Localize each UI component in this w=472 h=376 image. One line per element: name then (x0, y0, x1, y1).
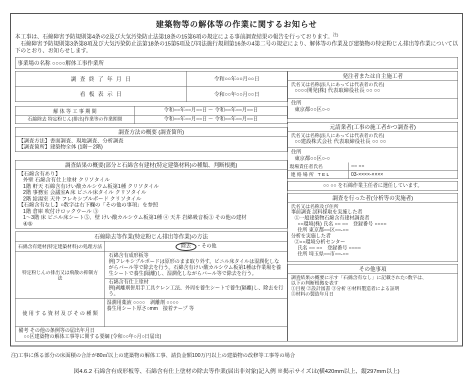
suppression-label: 特定粉じんの排出又は飛散の抑制方法 (16, 252, 106, 299)
contractor-name-section: 氏名又は名称(法人にあっては代表者の氏名) ○○建設株式会社 代表取締役社長 ○… (288, 132, 458, 148)
intro-line2: 石綿障害予防規則第3条第8項及び大気汚染防止法第18条の15第5項及び同法施行規… (15, 40, 458, 54)
survey-end-value: 令和○○年○○月○○日 (187, 71, 287, 86)
intro-paragraph: 本工事は、石綿障害予防規則第4条の2及び大気汚染防止法第18条の15第6項の規定… (15, 32, 458, 55)
surveyor-header: 調査を行った者(分析等の実施者) (288, 194, 458, 204)
survey-end-label: 調査終了年月日 (16, 71, 187, 86)
form-columns: 調査終了年月日 令和○○年○○月○○日 看板表示日 令和○○年○○月○○日 解体… (15, 71, 458, 342)
asbestos-period-label: 石綿除去 特定粉じん(排出)作業等の作業期間 (16, 115, 135, 123)
sign-date-value: 令和○○年○○月○○日 (187, 87, 287, 102)
process-method-row: 石綿含有建材(特定建築材料)の処理方法 除去 ・ その他 (16, 242, 287, 252)
contact-tel-label: 連絡場所 TEL (288, 171, 349, 179)
sheet: 建築物等の解体等の作業に関するお知らせ 本工事は、石綿障害予防規則第4条の2及び… (0, 0, 472, 375)
orderer-header: 発注者または自主施工者 (288, 71, 458, 81)
spacer (289, 258, 456, 261)
other-items-header: その他事項 (288, 265, 458, 275)
materials-value: 湿潤用薬液 ○○○○ 剥離剤 ○○○○ 養生用シート厚さ○mm 接着テープ 等 (105, 299, 287, 327)
note-reference: 注) (333, 33, 338, 38)
other-items-body: 調査結果の概要に示す「石綿含有なし」に記載された○数字は、 以下の判断根拠を表す… (288, 274, 458, 298)
right-column: 発注者または自主施工者 氏名又は名称(法人にあっては代表者の氏名) ○○○○開発… (287, 71, 458, 342)
site-manager-row: 現場責任者氏名 ○○ ○○ (288, 163, 458, 171)
remarks-line2: ○○区建築物の解体工事等に関する要綱 (令和○○年○月○日届出) (17, 334, 285, 340)
orderer-addr: 東京都○○区○-○ (289, 106, 456, 112)
other-items-line: ⑤材料の製造年月日 (289, 292, 456, 298)
intro-line1: 本工事は、石綿障害予防規則第4条の2及び大気汚染防止法第18条の15第6項の規定… (15, 32, 458, 41)
site-name-label: 事業場の名称 (18, 60, 51, 66)
removal-option-circled: 除去 (176, 242, 197, 251)
survey-end-row: 調査終了年月日 令和○○年○○月○○日 (16, 71, 287, 86)
site-name-value: ○○○○解体工事作業所 (52, 60, 104, 66)
spacer (289, 145, 456, 147)
demolition-period-row: 解体等工事期間 令和○○年○○月○○日 ～ 令和○○年○○月○○日 (16, 106, 287, 115)
sign-date-row: 看板表示日 令和○○年○○月○○日 (16, 86, 287, 101)
left-column: 調査終了年月日 令和○○年○○月○○日 看板表示日 令和○○年○○月○○日 解体… (15, 71, 287, 342)
survey-spot-line: 【調査箇所】建築物全体 (1階〜2階) (17, 144, 285, 150)
site-manager-label: 現場責任者氏名 (288, 163, 349, 171)
suppression-block2-text: 例)剥離剤併用手工具ケレン工法、外周を養生シートで養生(隔離)し、除去を行う。 (107, 286, 285, 298)
contact-tel-value: 03-××××-×××× (349, 171, 458, 179)
result-line: 1〜3階 床 ビニル床シート⑤、壁 けい酸カルシウム板第1種 ④ 天井 岩綿吸音… (17, 215, 285, 221)
removal-method-header: 石綿除去等作業(特定粉じん排出等作業)の方法 (16, 232, 287, 242)
process-method-label: 石綿含有建材(特定建築材料)の処理方法 (16, 242, 106, 252)
survey-method-body: 【調査方法】書面調査、現地調査、分析調査 【調査箇所】建築物全体 (1階〜2階) (16, 137, 287, 152)
suppression-block-molded: 石綿含有成形板等 例)フレキシブルボードは原形のまま取り外す。ビニル床タイルは湿… (105, 252, 287, 278)
asbestos-period-row: 石綿除去 特定粉じん(排出)作業等の作業期間 令和○○年○○月○○日 ～ 令和○… (16, 115, 287, 124)
demolition-period-label: 解体等工事期間 (16, 106, 135, 115)
surveyor-body: 氏名又は名称及び住所 事前調査 試料採取を実施した者 ①一般建築物石綿含有建材調… (288, 203, 458, 262)
materials-line2: 養生用シート厚さ○mm 接着テープ 等 (105, 306, 287, 312)
footnote: 注)工事に係る部分の床面積の合計が80㎡以上の建築物の解体工事、請負金額100万… (11, 352, 463, 360)
chief-row: ○○ ○○ を石綿作業主任者に選任しています。 (287, 181, 458, 191)
demolition-period-value: 令和○○年○○月○○日 ～ 令和○○年○○月○○日 (135, 106, 287, 115)
other-items-box: その他事項 調査結果の概要に示す「石綿含有なし」に記載された○数字は、 以下の判… (287, 264, 458, 342)
orderer-name-section: 氏名又は名称(法人にあっては代表者の氏名) ○○○○開発(株) 代表取締役社長 … (288, 81, 458, 99)
notice-form: 建築物等の解体等の作業に関するお知らせ 本工事は、石綿障害予防規則第4条の2及び… (10, 13, 463, 347)
work-period-table: 解体等工事期間 令和○○年○○月○○日 ～ 令和○○年○○月○○日 石綿除去 特… (15, 106, 287, 124)
survey-result-box: 調査結果の概要(部分と石綿含有建材(特定建築材料)の種類、判断根拠) 【石綿含有… (15, 160, 287, 229)
contractor-header: 元請業者(工事の施工者かつ調査者) (288, 122, 458, 132)
contact-tel-row: 連絡場所 TEL 03-××××-×××× (288, 171, 458, 179)
survey-method-box: 調査方法の概要 (調査箇所) 【調査方法】書面調査、現地調査、分析調査 【調査箇… (15, 127, 287, 152)
surveyor-box: 調査を行った者(分析等の実施者) 氏名又は名称及び住所 事前調査 試料採取を実施… (287, 193, 458, 262)
site-name-row: 事業場の名称 ○○○○解体工事作業所 (15, 57, 458, 69)
site-manager-value: ○○ ○○ (349, 163, 458, 171)
survey-dates-table: 調査終了年月日 令和○○年○○月○○日 看板表示日 令和○○年○○月○○日 (15, 71, 287, 102)
process-method-value: 除去 ・ その他 (105, 242, 287, 252)
materials-row: 使用する資材及びその種類 湿潤用薬液 ○○○○ 剥離剤 ○○○○ 養生用シート厚… (16, 299, 287, 327)
orderer-box: 発注者または自主施工者 氏名又は名称(法人にあっては代表者の氏名) ○○○○開発… (287, 71, 458, 119)
page-title: 建築物等の解体等の作業に関するお知らせ (15, 17, 458, 32)
result-line: ④⑤ (17, 221, 285, 227)
remarks-row: 備考 その他の条例等の届出年月日 ○○区建築物の解体工事等に関する要綱 (令和○… (16, 327, 287, 342)
suppression-row: 特定粉じんの排出又は飛散の抑制方法 石綿含有成形板等 例)フレキシブルボードは原… (16, 252, 287, 299)
chief-text: ○○ ○○ を石綿作業主任者に選任しています。 (321, 183, 423, 189)
contractor-addr-section: 住所 東京都○○区○-○ (288, 148, 458, 163)
contractor-addr: 東京都○○区○-○ (289, 155, 456, 161)
suppression-value: 石綿含有成形板等 例)フレキシブルボードは原形のまま取り外す。ビニル床タイルは湿… (105, 252, 287, 299)
other-option: その他 (202, 244, 217, 250)
spacer (289, 94, 456, 98)
remarks-cell: 備考 その他の条例等の届出年月日 ○○区建築物の解体工事等に関する要綱 (令和○… (16, 327, 287, 341)
figure-caption: 図4.6.2 石綿含有成形板等、石綿含有仕上塗材の除去等作業(届出非対象)記入例… (10, 367, 463, 375)
page: 建築物等の解体等の作業に関するお知らせ 本工事は、石綿障害予防規則第4条の2及び… (0, 0, 472, 376)
sign-date-label: 看板表示日 (16, 87, 187, 102)
removal-method-box: 石綿除去等作業(特定粉じん排出等作業)の方法 石綿含有建材(特定建築材料)の処理… (15, 232, 287, 342)
suppression-block-coating: 石綿含有仕上塗材 例)剥離剤併用手工具ケレン工法、外周を養生シートで養生(隔離)… (105, 278, 287, 299)
materials-label: 使用する資材及びその種類 (16, 299, 106, 327)
survey-method-header: 調査方法の概要 (調査箇所) (16, 127, 287, 137)
survey-result-header: 調査結果の概要(部分と石綿含有建材(特定建築材料)の種類、判断根拠) (16, 160, 287, 170)
orderer-addr-section: 住所 東京都○○区○-○ (288, 99, 458, 114)
survey-result-body: 【石綿含有あり】 外壁 石綿含有仕上塗材 クリソタイル 1階 軒天 石綿含有けい… (16, 170, 287, 228)
suppression-block1-text: 例)フレキシブルボードは原形のまま取り外す。ビニル床タイルは湿潤化しながらバール… (107, 259, 285, 277)
contractor-box: 元請業者(工事の施工者かつ調査者) 氏名又は名称(法人にあっては代表者の氏名) … (287, 122, 458, 179)
asbestos-period-value: 令和○○年○○月○○日 ～ 令和○○年○○月○○日 (135, 115, 287, 123)
